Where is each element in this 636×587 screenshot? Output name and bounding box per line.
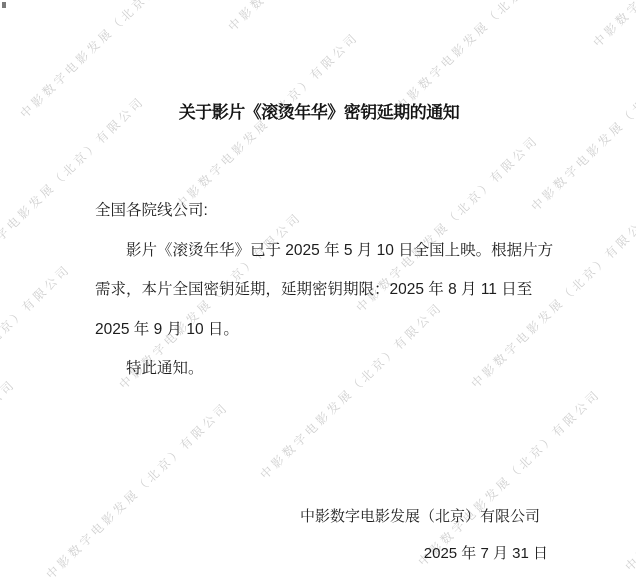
watermark-text: 中影数字电影发展（北京）有限公司 <box>392 0 582 115</box>
body-line: 全国各院线公司: <box>95 191 543 231</box>
notice-body: 全国各院线公司:影片《滚烫年华》已于 2025 年 5 月 10 日全国上映。根… <box>95 191 543 389</box>
body-line: 2025 年 9 月 10 日。 <box>95 310 543 350</box>
issue-date: 2025 年 7 月 31 日 <box>300 544 548 564</box>
issuer-signature: 中影数字电影发展（北京）有限公司 <box>300 507 540 527</box>
watermark-text: 中影数字电影发展（北京）有限公司 <box>0 375 19 560</box>
body-line: 需求，本片全国密钥延期，延期密钥期限：2025 年 8 月 11 日至 <box>95 270 543 310</box>
watermark-text: 中影数字电影发展（北京）有限公司 <box>589 0 636 51</box>
body-line: 特此通知。 <box>95 349 543 389</box>
body-line: 影片《滚烫年华》已于 2025 年 5 月 10 日全国上映。根据片方 <box>95 231 543 271</box>
watermark-text: 中影数字电影发展（北京）有限公司 <box>621 390 636 575</box>
scan-corner-artifact <box>2 2 6 8</box>
watermark-text: 中影数字电影发展（北京）有限公司 <box>224 0 414 35</box>
notice-document-page: 中影数字电影发展（北京）有限公司中影数字电影发展（北京）有限公司中影数字电影发展… <box>0 0 636 587</box>
notice-footer: 中影数字电影发展（北京）有限公司 2025 年 7 月 31 日 <box>300 507 548 564</box>
watermark-text: 中影数字电影发展（北京）有限公司 <box>42 398 232 583</box>
watermark-text: 中影数字电影发展（北京）有限公司 <box>0 260 74 445</box>
notice-title: 关于影片《滚烫年华》密钥延期的通知 <box>95 102 543 124</box>
watermark-text: 中影数字电影发展（北京）有限公司 <box>527 30 636 215</box>
